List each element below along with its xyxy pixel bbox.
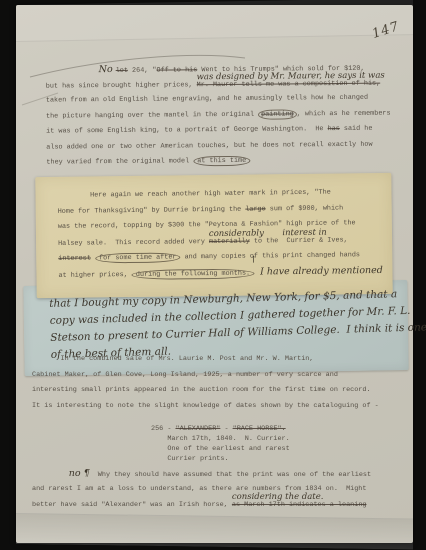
circled-text: at this time	[193, 156, 250, 166]
struck-text: painting	[258, 109, 297, 119]
handwritten-text: No	[99, 64, 116, 75]
paper-top-flap	[16, 0, 413, 42]
typed-text: and many copies	[180, 253, 249, 262]
typed-text: interesting small prints appeared in the…	[32, 386, 371, 394]
struck-text: large	[245, 205, 266, 213]
handwritten-text: I have already mentioned	[254, 264, 383, 277]
photo-background: 147 No lot 264, "Off to his Went to his …	[0, 0, 426, 550]
typed-text: , which as he remembers	[297, 109, 391, 118]
typed-paragraph-3: no ¶ Why they should have assumed that t…	[32, 466, 408, 513]
text-line: they varied from the original model at t…	[46, 152, 406, 171]
typed-text: but has since brought higher prices,	[46, 81, 197, 90]
pasted-slip-paragraph: Here again we reach another high water m…	[35, 173, 392, 298]
struck-text: "ALEXANDER"	[175, 425, 220, 433]
typed-text: 256 -	[151, 425, 175, 433]
typed-text: said he	[340, 125, 373, 133]
page-bottom-edge	[16, 513, 413, 550]
text-line: at higher prices, during the following m…	[58, 262, 380, 281]
typed-paragraph-2: In the combined sale of Mrs. Laurie M. P…	[32, 352, 408, 414]
typed-text: Home for Thanksgiving" by Durrie bringin…	[58, 205, 246, 215]
handwritten-text: no ¶	[69, 468, 90, 479]
typed-text: One of the earliest and rarest	[151, 445, 290, 453]
struck-text: Off to his	[156, 66, 197, 74]
struck-text: has	[328, 125, 340, 133]
typed-text: of this print changed hands	[250, 251, 360, 260]
typed-text: better have said "Alexander" was an Iris…	[32, 501, 232, 509]
text-line: Currier prints.	[151, 454, 391, 464]
text-line: interesting small prints appeared in the…	[32, 383, 408, 399]
text-line: no ¶ Why they should have assumed that t…	[32, 466, 408, 482]
typed-text: at higher prices,	[58, 271, 132, 280]
text-line: It is interesting to note the slight kno…	[32, 399, 408, 415]
text-line: One of the earliest and rarest	[151, 444, 391, 454]
typed-text: March 17th, 1840. N. Currier.	[151, 435, 290, 443]
typed-text	[32, 471, 69, 479]
text-line: better have said "Alexander" was an Iris…	[32, 497, 408, 513]
typed-text: the picture hanging over the mantel in t…	[46, 110, 258, 120]
text-line: and rarest I am at a loss to understand,…	[32, 482, 408, 498]
typed-text: It is interesting to note the slight kno…	[32, 402, 379, 410]
typed-text: 264, "	[128, 67, 157, 75]
typed-text	[46, 67, 99, 75]
text-line: also added one or two other American tou…	[46, 137, 406, 156]
typed-text: Cabinet Maker, of Glen Cove, Long Island…	[32, 371, 338, 379]
typed-text: Halsey sale. This record added very	[58, 238, 209, 248]
typed-text: it was of some English king, to a portra…	[46, 125, 327, 135]
text-line: In the combined sale of Mrs. Laurie M. P…	[32, 352, 408, 368]
typed-text: they varied from the original model	[46, 157, 193, 166]
circled-text: during the following months.	[132, 268, 254, 279]
typed-text: Currier prints.	[151, 455, 229, 463]
manuscript-page: 147 No lot 264, "Off to his Went to his …	[16, 5, 413, 543]
typed-text: sum of $900, which	[266, 204, 344, 213]
text-line: Cabinet Maker, of Glen Cove, Long Island…	[32, 368, 408, 384]
struck-text: as March 17th indicates a leaning	[232, 501, 367, 509]
catalog-entry-block: 256 - "ALEXANDER" - "RACE HORSE". March …	[151, 424, 391, 464]
typed-paragraph-1: No lot 264, "Off to his Went to his Trum…	[46, 59, 407, 171]
typed-text: also added one or two other American tou…	[46, 140, 372, 151]
typed-text: Why they should have assumed that the pr…	[90, 471, 371, 479]
struck-text: lot	[116, 67, 128, 75]
struck-text: interest	[58, 255, 91, 263]
circled-text: for some time after	[95, 252, 181, 263]
typed-text: taken from an old English line engraving…	[46, 94, 368, 105]
struck-text: "RACE HORSE".	[233, 425, 286, 433]
text-line: 256 - "ALEXANDER" - "RACE HORSE".	[151, 424, 391, 434]
typed-text: Here again we reach another high water m…	[57, 189, 330, 200]
typed-text: -	[220, 425, 232, 433]
typed-text: In the combined sale of Mrs. Laurie M. P…	[32, 355, 313, 363]
text-line: March 17th, 1840. N. Currier.	[151, 434, 391, 444]
